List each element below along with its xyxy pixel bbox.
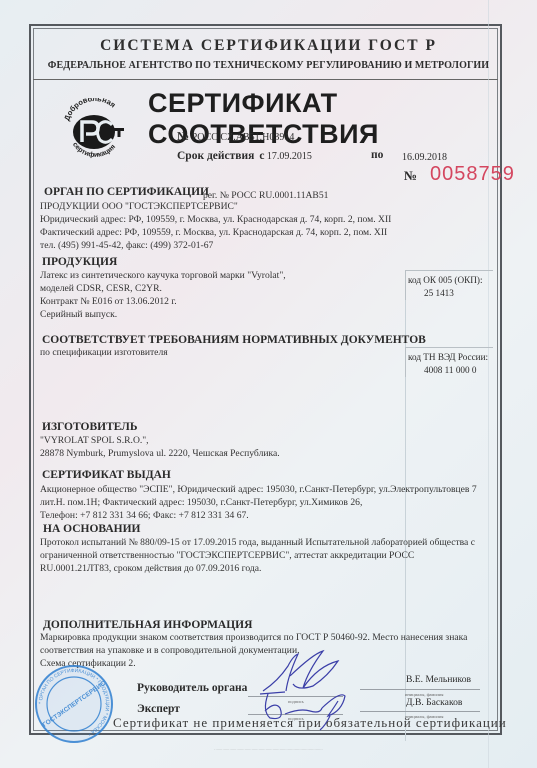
head-name-line xyxy=(360,689,480,690)
printer-imprint: ········································… xyxy=(0,748,537,752)
validity-from: Срок действия с 17.09.2015 xyxy=(177,150,312,162)
organ-line: ПРОДУКЦИИ ООО "ГОСТЭКСПЕРТСЕРВИС" xyxy=(40,201,238,214)
expert-label: Эксперт xyxy=(137,703,180,715)
from-label: с xyxy=(259,150,264,162)
additional-line: Маркировка продукции знаком соответствия… xyxy=(40,632,467,645)
organ-line: Фактический адрес: РФ, 109559, г. Москва… xyxy=(40,227,387,240)
expert-name: Д.В. Баскаков xyxy=(406,697,462,708)
issued-line: Акционерное общество "ЭСПЕ", Юридический… xyxy=(40,484,477,497)
basis-line: Протокол испытаний № 880/09-15 от 17.09.… xyxy=(40,537,475,550)
tnved-value: 4008 11 000 0 xyxy=(408,364,493,377)
issued-heading: СЕРТИФИКАТ ВЫДАН xyxy=(42,469,171,481)
manufacturer-heading: ИЗГОТОВИТЕЛЬ xyxy=(42,421,137,433)
additional-heading: ДОПОЛНИТЕЛЬНАЯ ИНФОРМАЦИЯ xyxy=(43,619,252,631)
number-label: № xyxy=(177,129,189,143)
serial-number: 0058759 xyxy=(430,163,515,186)
conformity-heading: СООТВЕТСТВУЕТ ТРЕБОВАНИЯМ НОРМАТИВНЫХ ДО… xyxy=(42,334,426,346)
okp-value: 25 1413 xyxy=(408,287,493,300)
certificate-number: № РОСС CZ.АВ51.Н03914 xyxy=(177,129,294,144)
basis-heading: НА ОСНОВАНИИ xyxy=(43,523,141,535)
expert-name-line xyxy=(360,711,480,712)
manufacturer-line: "VYROLAT SPOL S.R.O.", xyxy=(40,435,149,448)
head-label: Руководитель органа xyxy=(137,682,247,694)
head-name: В.Е. Мельников xyxy=(406,674,471,685)
agency-name: ФЕДЕРАЛЬНОЕ АГЕНТСТВО ПО ТЕХНИЧЕСКОМУ РЕ… xyxy=(0,60,537,71)
basis-line: ограниченной ответственностью "ГОСТЭКСПЕ… xyxy=(40,550,414,563)
tnved-code-box: код ТН ВЭД России: 4008 11 000 0 xyxy=(405,347,493,377)
okp-code-box: код ОК 005 (ОКП): 25 1413 xyxy=(405,270,493,300)
footer-note: Сертификат не применяется при обязательн… xyxy=(113,715,507,731)
serial-label: № xyxy=(404,168,417,184)
product-heading: ПРОДУКЦИЯ xyxy=(42,256,117,268)
tnved-label: код ТН ВЭД России: xyxy=(408,351,493,364)
header-divider xyxy=(33,79,498,80)
rst-logo-icon: Добровольная сертификация xyxy=(60,98,130,162)
product-line: Серийный выпуск. xyxy=(40,309,117,322)
stamp-icon: * ОРГАН ПО СЕРТИФИКАЦИИ * ПРОДУКЦИИ * МО… xyxy=(34,664,114,744)
product-line: Контракт № Е016 от 13.06.2012 г. xyxy=(40,296,177,309)
validity-label: Срок действия xyxy=(177,150,254,162)
to-label: по xyxy=(371,149,383,161)
basis-line: RU.0001.21ЛТ83, сроком действия до 07.09… xyxy=(40,563,261,576)
system-title: СИСТЕМА СЕРТИФИКАЦИИ ГОСТ Р xyxy=(0,37,537,55)
organ-line: Юридический адрес: РФ, 109559, г. Москва… xyxy=(40,214,391,227)
manufacturer-line: 28878 Nymburk, Prumyslova ul. 2220, Чешс… xyxy=(40,448,280,461)
product-line: моделей CDSR, CESR, C2YR. xyxy=(40,283,162,296)
valid-from-date: 17.09.2015 xyxy=(267,151,312,162)
conformity-text: по спецификации изготовителя xyxy=(40,347,168,360)
issued-line: Телефон: +7 812 331 34 66; Факс: +7 812 … xyxy=(40,510,249,523)
product-line: Латекс из синтетического каучука торгово… xyxy=(40,270,286,283)
issued-line: лит.Н. пом.1Н; Фактический адрес: 195030… xyxy=(40,497,362,510)
organ-line: тел. (495) 991-45-42, факс: (499) 372-01… xyxy=(40,240,213,253)
number-value: РОСС CZ.АВ51.Н03914 xyxy=(192,132,295,143)
okp-label: код ОК 005 (ОКП): xyxy=(408,274,493,287)
valid-to-date: 16.09.2018 xyxy=(402,152,447,163)
organ-heading: ОРГАН ПО СЕРТИФИКАЦИИ xyxy=(44,186,209,198)
